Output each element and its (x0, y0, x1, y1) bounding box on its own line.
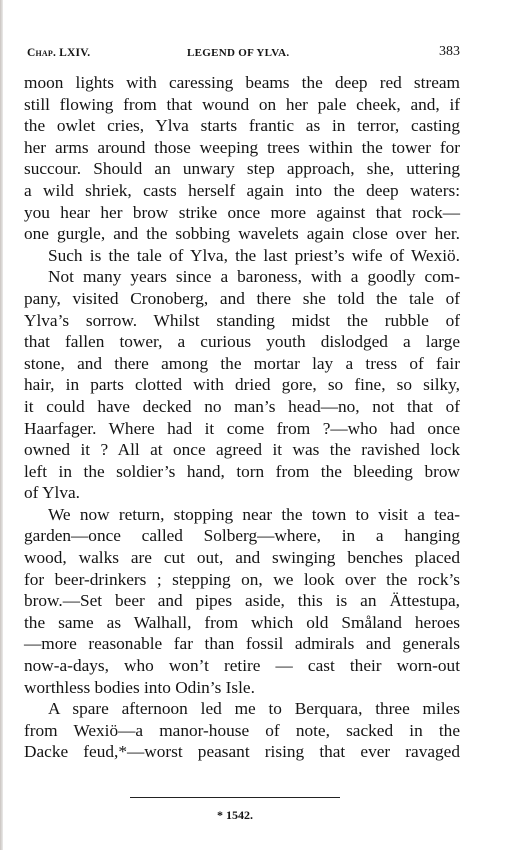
text-line: for beer-drinkers ; stepping on, we look… (24, 569, 460, 591)
text-line: succour. Should an unwary step approach,… (24, 158, 460, 180)
text-line: from Wexiö—a manor-house of note, sacked… (24, 720, 460, 742)
text-line: Dacke feud,*—worst peasant rising that e… (24, 741, 460, 763)
text-line: We now return, stopping near the town to… (24, 504, 460, 526)
text-line: of Ylva. (24, 482, 460, 504)
page-number: 383 (439, 44, 460, 60)
text-line: Ylva’s sorrow. Whilst standing midst the… (24, 310, 460, 332)
text-line: pany, visited Cronoberg, and there she t… (24, 288, 460, 310)
text-line: a wild shriek, casts herself again into … (24, 180, 460, 202)
text-line: A spare afternoon led me to Berquara, th… (24, 698, 460, 720)
text-line: the owlet cries, Ylva starts frantic as … (24, 115, 460, 137)
text-line: still flowing from that wound on her pal… (24, 94, 460, 116)
body-text: moon lights with caressing beams the dee… (24, 72, 460, 763)
text-line: that fallen tower, a curious youth dislo… (24, 331, 460, 353)
footnote: * 1542. (0, 808, 470, 823)
text-line: hair, in parts clotted with dried gore, … (24, 374, 460, 396)
text-line: worthless bodies into Odin’s Isle. (24, 677, 460, 699)
text-line: it could have decked no man’s head—no, n… (24, 396, 460, 418)
text-line: stone, and there among the mortar lay a … (24, 353, 460, 375)
text-line: moon lights with caressing beams the dee… (24, 72, 460, 94)
text-line: Such is the tale of Ylva, the last pries… (24, 245, 460, 267)
text-line: now-a-days, who won’t retire — cast thei… (24, 655, 460, 677)
text-line: —more reasonable far than fossil admiral… (24, 633, 460, 655)
chapter-title: LEGEND OF YLVA. (187, 47, 289, 59)
text-line: Haarfager. Where had it come from ?—who … (24, 418, 460, 440)
text-line: garden—once called Solberg—where, in a h… (24, 525, 460, 547)
text-line: her arms around those weeping trees with… (24, 137, 460, 159)
text-line: one gurgle, and the sobbing wavelets aga… (24, 223, 460, 245)
text-line: owned it ? All at once agreed it was the… (24, 439, 460, 461)
book-page: Chap. LXIV. LEGEND OF YLVA. 383 moon lig… (0, 0, 529, 850)
text-line: the same as Walhall, from which old Smål… (24, 612, 460, 634)
chapter-label: Chap. LXIV. (27, 47, 90, 59)
running-head: Chap. LXIV. LEGEND OF YLVA. 383 (27, 44, 460, 64)
footnote-rule (130, 797, 340, 798)
text-line: wood, walks are cut out, and swinging be… (24, 547, 460, 569)
text-line: left in the soldier’s hand, torn from th… (24, 461, 460, 483)
text-line: brow.—Set beer and pipes aside, this is … (24, 590, 460, 612)
text-line: Not many years since a baroness, with a … (24, 266, 460, 288)
text-line: you hear her brow strike once more again… (24, 202, 460, 224)
